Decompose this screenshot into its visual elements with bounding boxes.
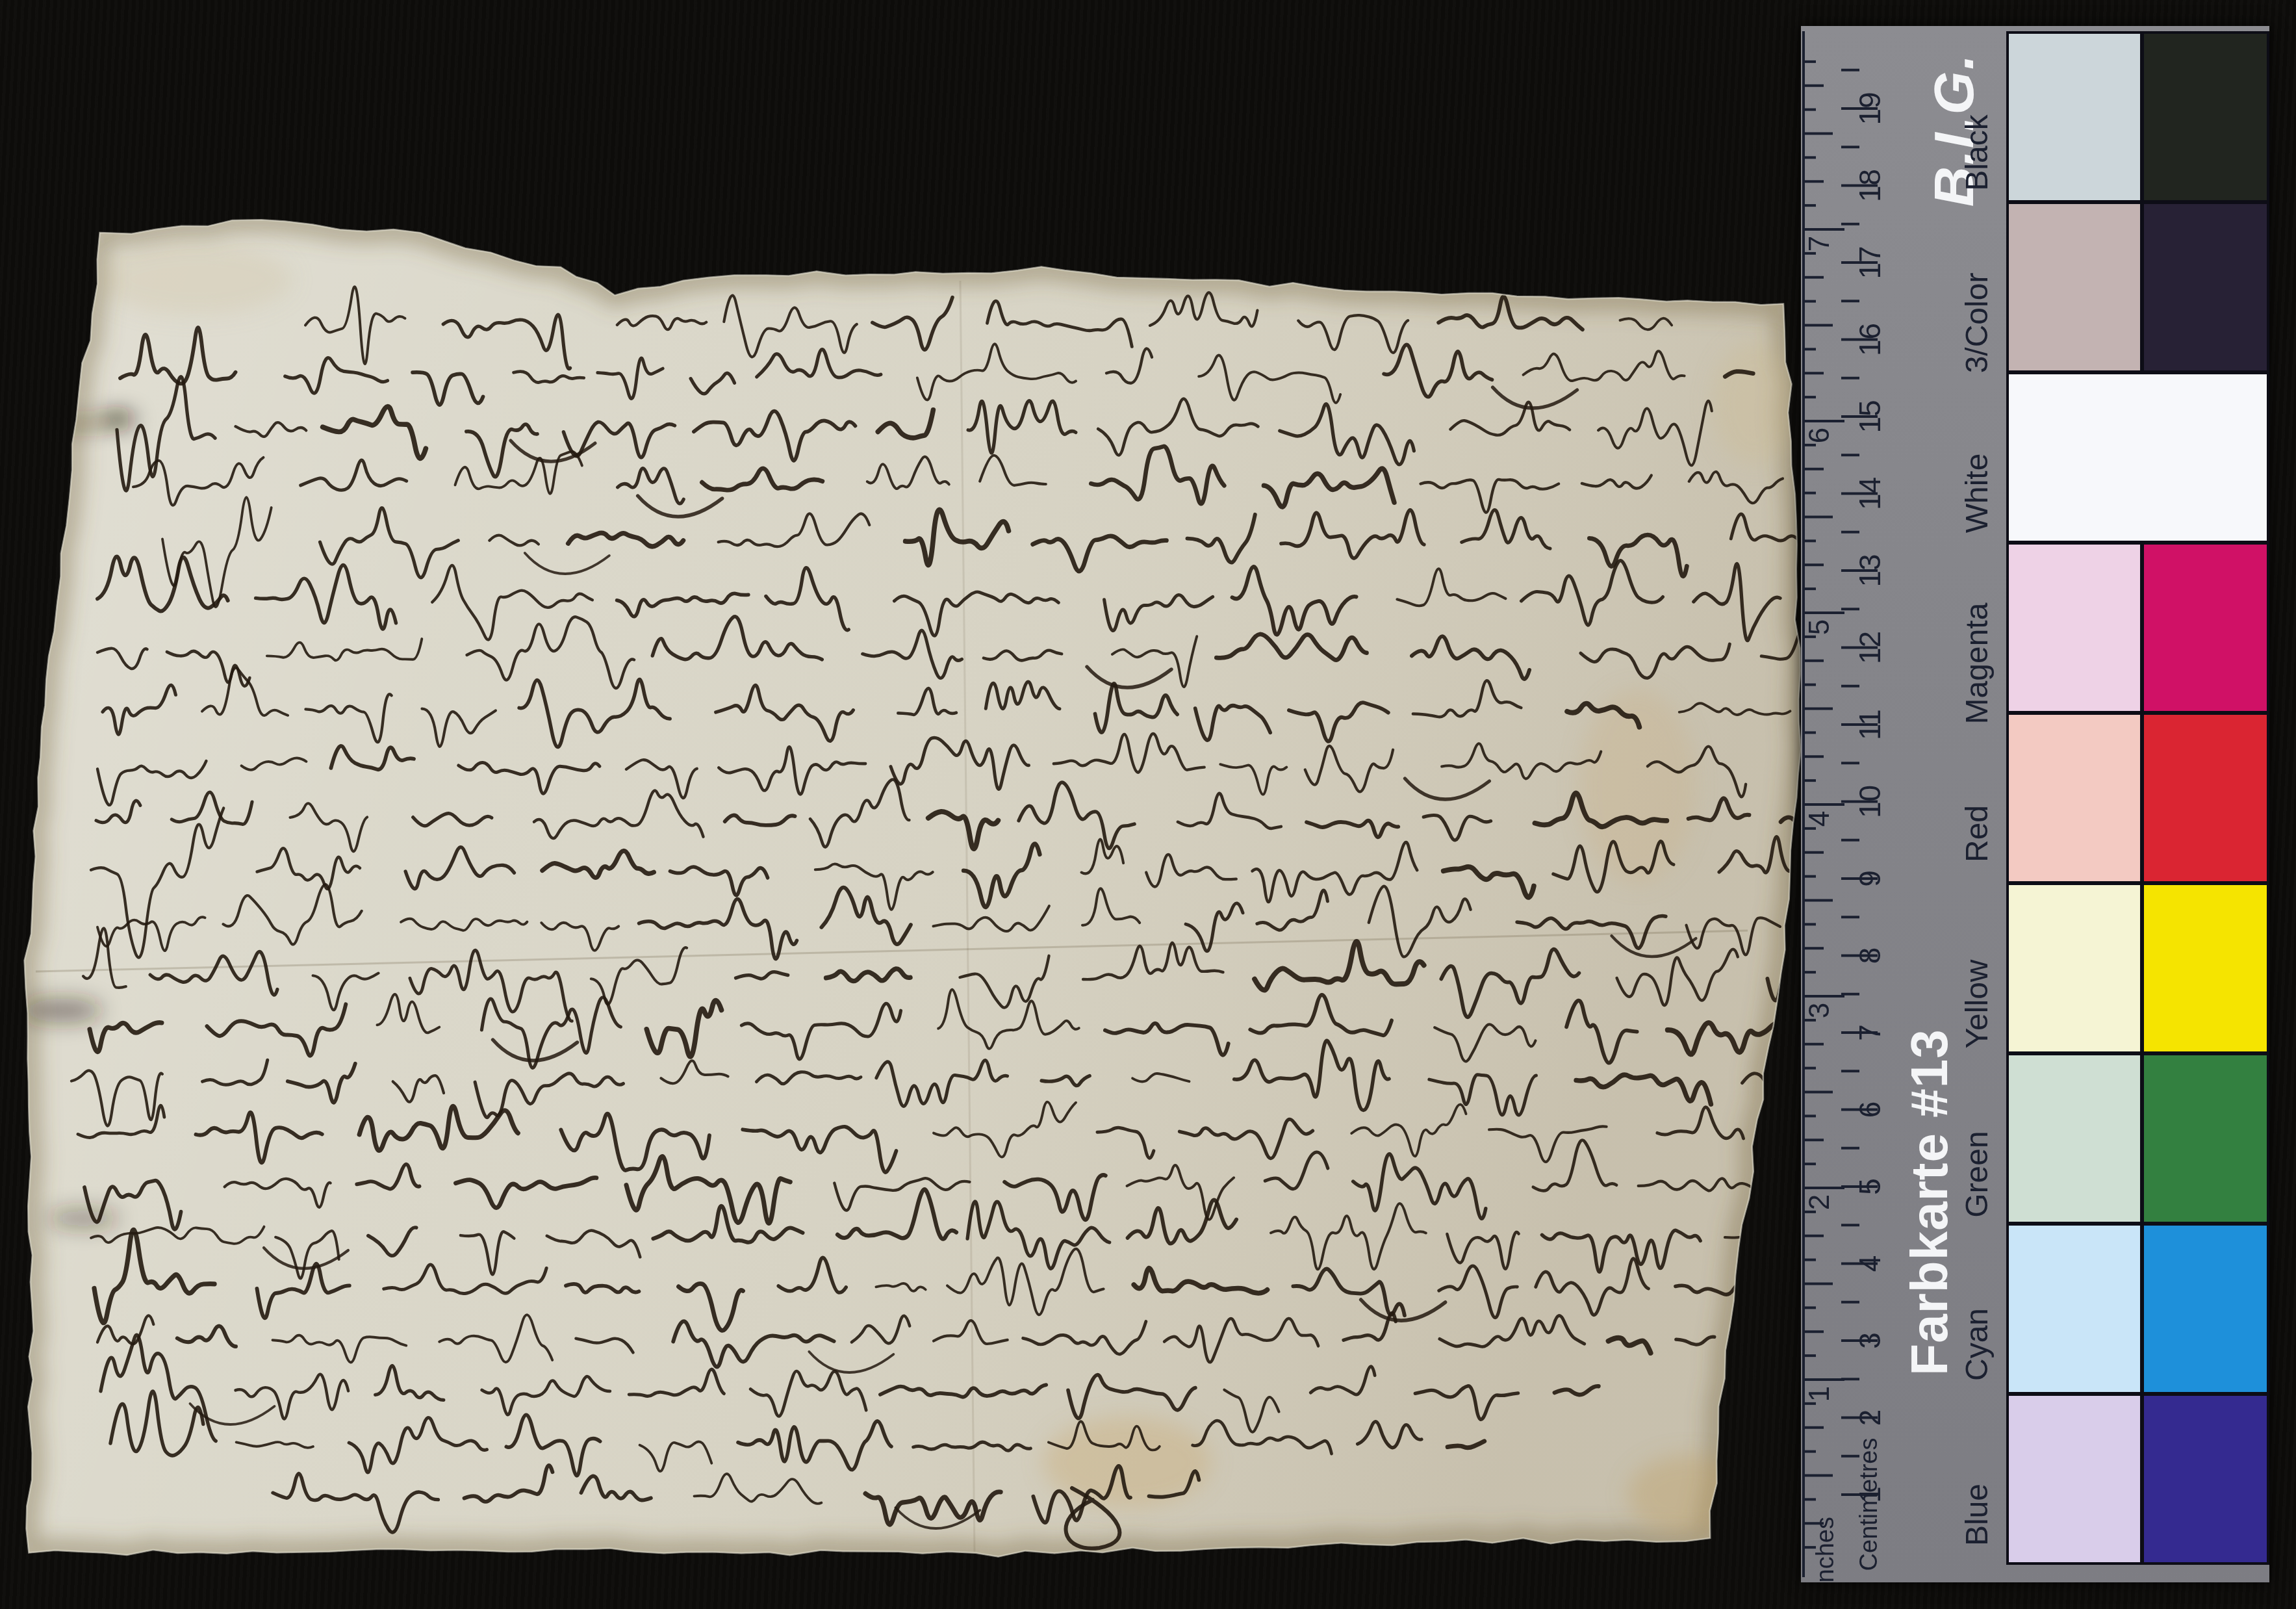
svg-text:13: 13	[1853, 554, 1887, 587]
row-label-black: Black	[1962, 114, 1993, 190]
svg-text:15: 15	[1853, 400, 1887, 433]
svg-text:3: 3	[1804, 1003, 1835, 1018]
svg-text:16: 16	[1853, 323, 1887, 356]
patch-row-red	[2009, 715, 2267, 881]
svg-text:6: 6	[1853, 1101, 1887, 1118]
patch-yellow-solid	[2144, 885, 2267, 1051]
color-calibration-card: 123456712345678910111213141516171819Inch…	[1801, 26, 2269, 1582]
patch-row-yellow	[2009, 885, 2267, 1051]
patch-row-white	[2009, 374, 2267, 541]
svg-text:6: 6	[1804, 428, 1835, 443]
svg-text:1: 1	[1804, 1386, 1835, 1402]
patch-row-magenta	[2009, 545, 2267, 711]
patch-3-color-solid	[2144, 204, 2267, 370]
svg-text:5: 5	[1804, 619, 1835, 635]
color-patches	[2006, 31, 2269, 1565]
svg-text:3: 3	[1853, 1332, 1887, 1349]
svg-text:4: 4	[1804, 811, 1835, 827]
row-label-blue: Blue	[1962, 1484, 1993, 1546]
svg-text:4: 4	[1853, 1255, 1887, 1272]
svg-text:7: 7	[1804, 236, 1835, 251]
patch-green-solid	[2144, 1055, 2267, 1222]
patch-row-cyan	[2009, 1226, 2267, 1392]
svg-text:11: 11	[1853, 709, 1887, 740]
svg-text:2: 2	[1853, 1409, 1887, 1426]
card-title: Farbkarte #13	[1904, 1029, 1956, 1375]
svg-text:14: 14	[1853, 477, 1887, 510]
svg-text:18: 18	[1853, 169, 1887, 202]
svg-text:12: 12	[1853, 631, 1887, 664]
row-label-magenta: Magenta	[1962, 603, 1993, 725]
patch-cyan-solid	[2144, 1226, 2267, 1392]
row-label-red: Red	[1962, 805, 1993, 862]
svg-text:7: 7	[1853, 1024, 1887, 1041]
inches-label: Inches	[1812, 1517, 1839, 1582]
svg-text:17: 17	[1853, 246, 1887, 279]
patch-black-solid	[2144, 34, 2267, 200]
row-label-3-color: 3/Color	[1962, 273, 1993, 374]
row-label-cyan: Cyan	[1962, 1308, 1993, 1381]
patch-magenta-solid	[2144, 545, 2267, 711]
svg-text:8: 8	[1853, 947, 1887, 964]
patch-cyan-tint	[2009, 1226, 2140, 1392]
row-label-white: White	[1962, 454, 1993, 534]
patch-red-tint	[2009, 715, 2140, 881]
svg-text:2: 2	[1804, 1194, 1835, 1210]
patch-red-solid	[2144, 715, 2267, 881]
svg-text:10: 10	[1853, 785, 1887, 818]
patch-row-green	[2009, 1055, 2267, 1222]
svg-text:19: 19	[1853, 92, 1887, 125]
centimetres-label: Centimetres	[1856, 1438, 1883, 1571]
photo-stage: 123456712345678910111213141516171819Inch…	[0, 0, 2296, 1609]
patch-3-color-tint	[2009, 204, 2140, 370]
svg-text:5: 5	[1853, 1178, 1887, 1195]
patch-blue-solid	[2144, 1396, 2267, 1562]
patch-row-3-color	[2009, 204, 2267, 370]
row-label-green: Green	[1962, 1131, 1993, 1217]
patch-magenta-tint	[2009, 545, 2140, 711]
svg-text:9: 9	[1853, 870, 1887, 887]
patch-black-tint	[2009, 34, 2140, 200]
row-label-yellow: Yellow	[1962, 960, 1993, 1049]
patch-row-blue	[2009, 1396, 2267, 1562]
patch-yellow-tint	[2009, 885, 2140, 1051]
patch-green-tint	[2009, 1055, 2140, 1222]
patch-row-black	[2009, 34, 2267, 200]
patch-blue-tint	[2009, 1396, 2140, 1562]
patch-white-full	[2009, 374, 2267, 541]
